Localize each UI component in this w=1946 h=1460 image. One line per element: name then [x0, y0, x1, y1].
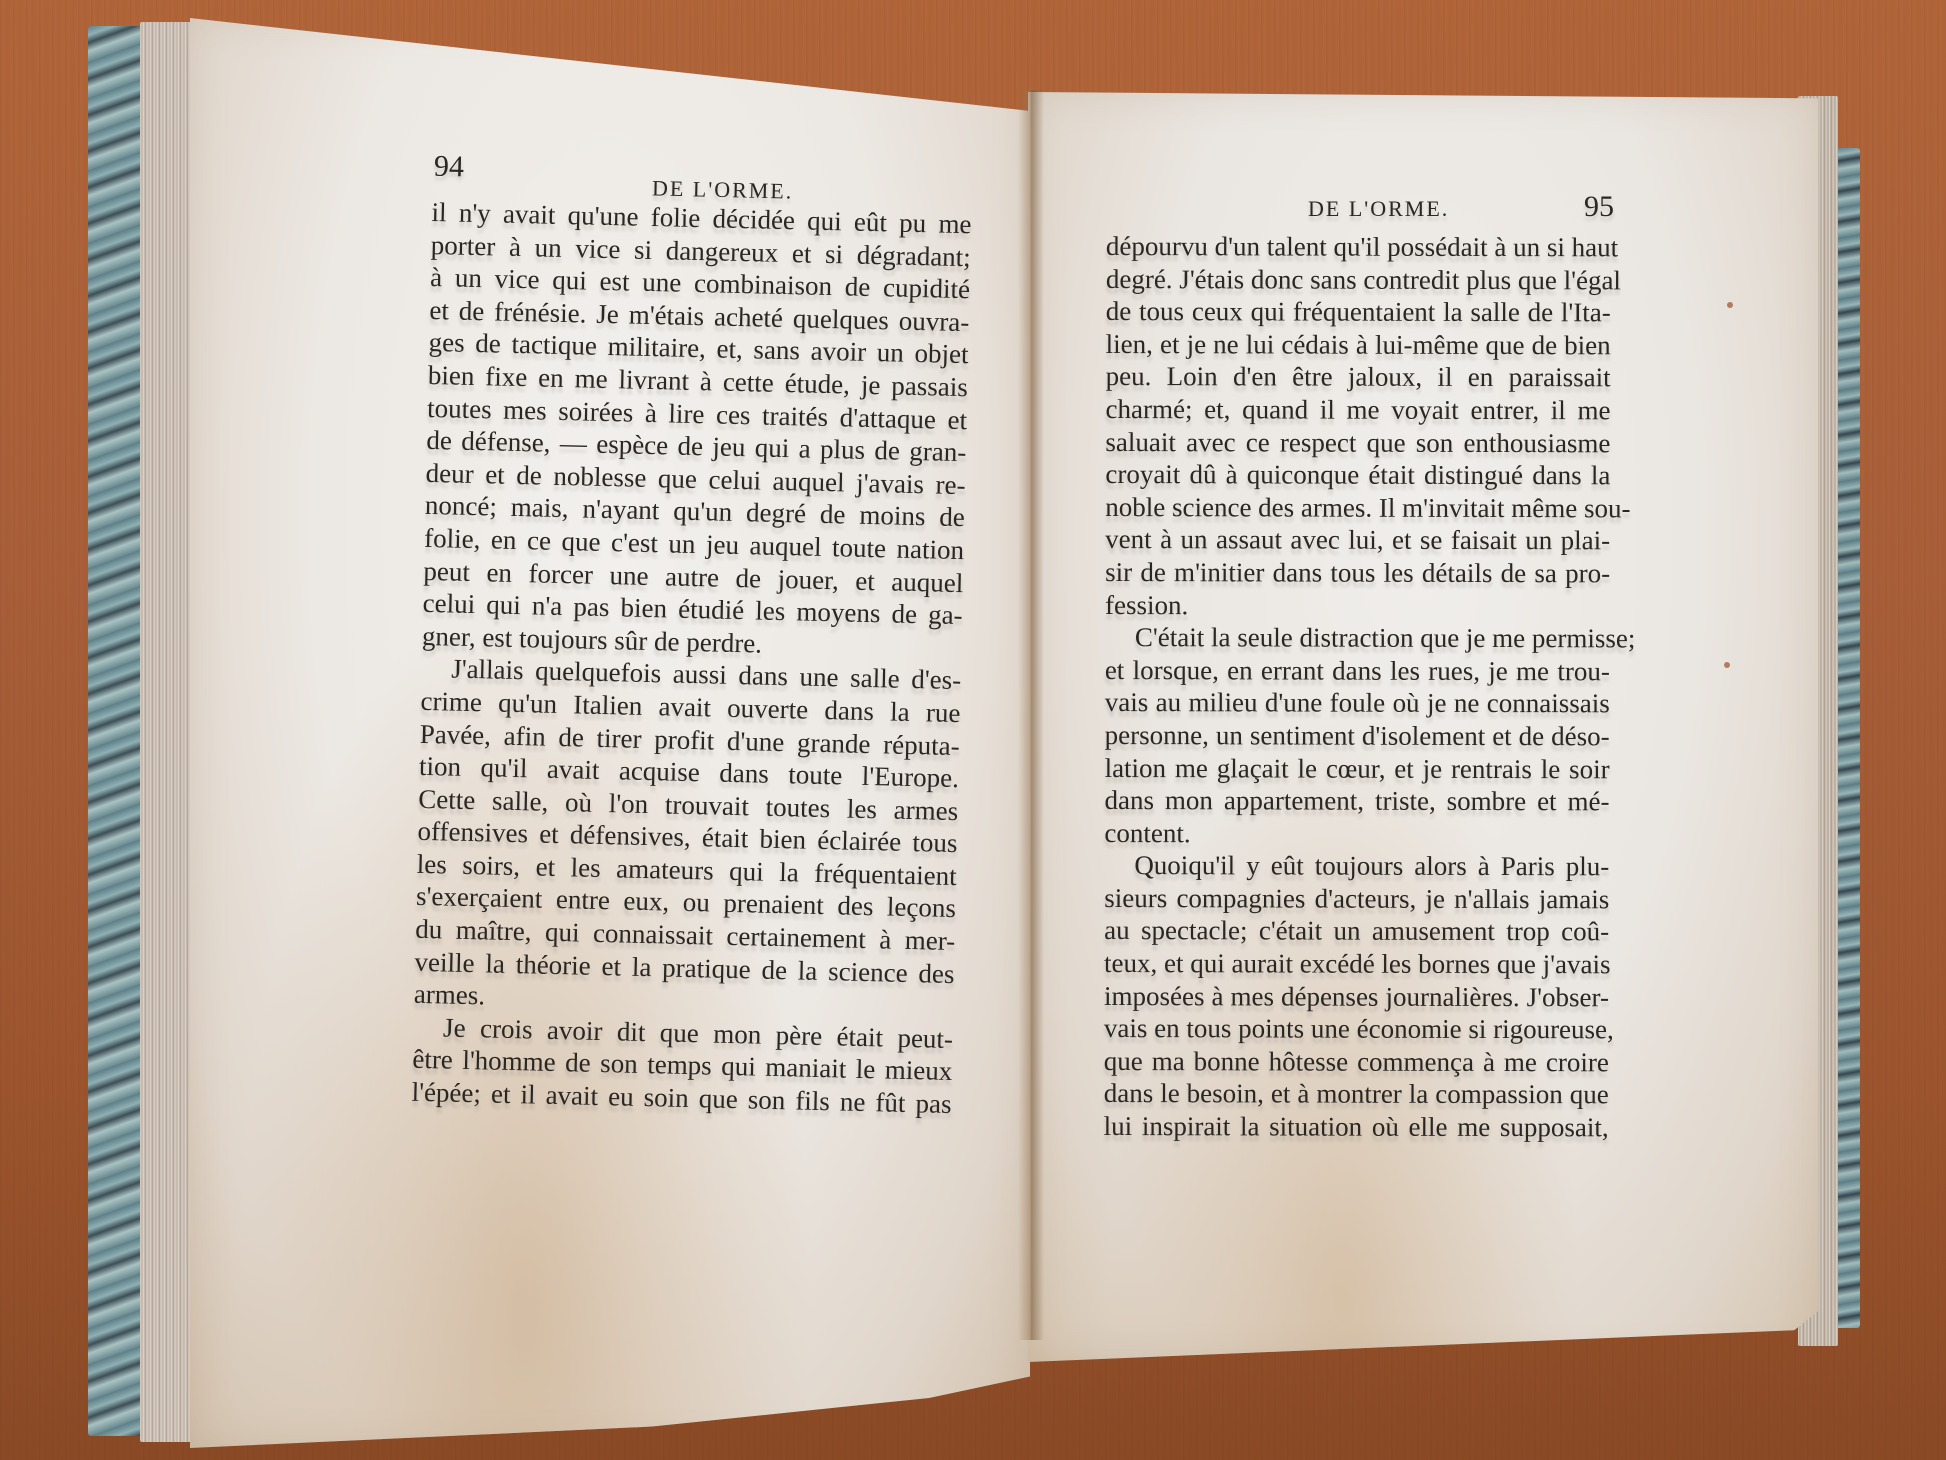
- text-line: vent à un assaut avec lui, et se faisait…: [1105, 523, 1610, 557]
- text-line: imposées à mes dépenses journalières. J'…: [1104, 980, 1609, 1014]
- page-number-right: 95: [1584, 190, 1614, 224]
- left-page-text: il n'y avait qu'une folie décidée qui eû…: [411, 196, 972, 1121]
- text-line: dans mon appartement, triste, sombre et …: [1104, 784, 1609, 818]
- foxing-spot: [1727, 302, 1733, 308]
- text-line: personne, un sentiment d'isolement et de…: [1105, 719, 1610, 753]
- text-line: vais en tous points une économie si rigo…: [1104, 1012, 1609, 1046]
- paragraph-start-line: Quoiqu'il y eût toujours alors à Paris p…: [1104, 849, 1609, 883]
- paragraph-start-line: C'était la seule distraction que je me p…: [1105, 621, 1610, 655]
- text-line: saluait avec ce respect que son enthousi…: [1105, 426, 1610, 460]
- running-head-left: DE L'ORME.: [652, 175, 794, 204]
- text-line: teux, et qui aurait excédé les bornes qu…: [1104, 947, 1609, 981]
- book-gutter: [1018, 90, 1044, 1340]
- text-line: lien, et je ne lui cédais à lui-même que…: [1106, 328, 1611, 362]
- text-line: de tous ceux qui fréquentaient la salle …: [1106, 295, 1611, 329]
- text-line: vais au milieu d'une foule où je ne conn…: [1105, 686, 1610, 720]
- text-line: charmé; et, quand il me voyait entrer, i…: [1105, 393, 1610, 427]
- foxing-spot: [1724, 662, 1730, 668]
- text-line: sieurs compagnies d'acteurs, je n'allais…: [1104, 882, 1609, 916]
- text-line: au spectacle; c'était un amusement trop …: [1104, 914, 1609, 948]
- text-line: degré. J'étais donc sans contredit plus …: [1106, 263, 1611, 297]
- text-line: peu. Loin d'en être jaloux, il en parais…: [1106, 360, 1611, 394]
- text-line: fession.: [1105, 589, 1610, 623]
- right-page-text: dépourvu d'un talent qu'il possédait à u…: [1104, 230, 1611, 1144]
- text-line: content.: [1104, 817, 1609, 851]
- text-line: croyait dû à quiconque était distingué d…: [1105, 458, 1610, 492]
- text-line: noble science des armes. Il m'invitait m…: [1105, 491, 1610, 525]
- text-line: et lorsque, en errant dans les rues, je …: [1105, 654, 1610, 688]
- text-line: sir de m'initier dans tous les détails d…: [1105, 556, 1610, 590]
- page-number-left: 94: [434, 150, 465, 185]
- text-line: dans le besoin, et à montrer la compassi…: [1104, 1077, 1609, 1111]
- text-line: lation me glaçait le cœur, et je rentrai…: [1105, 751, 1610, 785]
- text-line: dépourvu d'un talent qu'il possédait à u…: [1106, 230, 1611, 264]
- text-line: que ma bonne hôtesse commença à me croir…: [1104, 1045, 1609, 1079]
- text-line: lui inspirait la situation où elle me su…: [1104, 1110, 1609, 1144]
- running-head-right: DE L'ORME.: [1308, 196, 1449, 222]
